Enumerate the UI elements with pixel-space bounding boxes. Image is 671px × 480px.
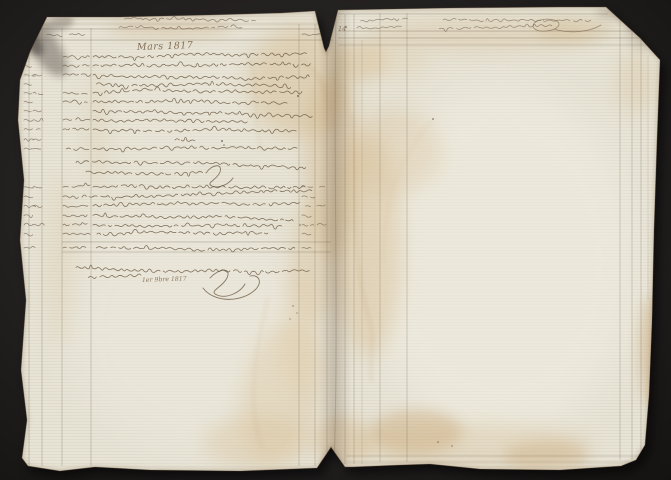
ink-speck	[437, 441, 439, 443]
stain	[47, 180, 73, 344]
ink-speck	[292, 305, 293, 306]
ink-speck	[221, 140, 223, 142]
ink-speck	[289, 318, 290, 319]
stain	[282, 270, 318, 394]
month-heading: Mars 1817	[136, 40, 194, 53]
stain	[616, 52, 656, 112]
photo-stage: Mars 1817 1er 9bre 1817 14	[0, 0, 671, 480]
ink-speck	[296, 312, 297, 313]
ink-speck	[299, 224, 301, 226]
ink-speck	[297, 95, 299, 97]
document-scan: Mars 1817 1er 9bre 1817 14	[0, 0, 671, 480]
folio-number: 14	[338, 25, 346, 33]
ink-speck	[451, 445, 452, 446]
stain	[536, 17, 616, 43]
stain	[342, 110, 442, 194]
paper-surface: Mars 1817 1er 9bre 1817 14	[0, 0, 671, 480]
ink-speck	[432, 118, 434, 120]
stain	[370, 410, 462, 454]
ink-speck	[223, 144, 225, 146]
